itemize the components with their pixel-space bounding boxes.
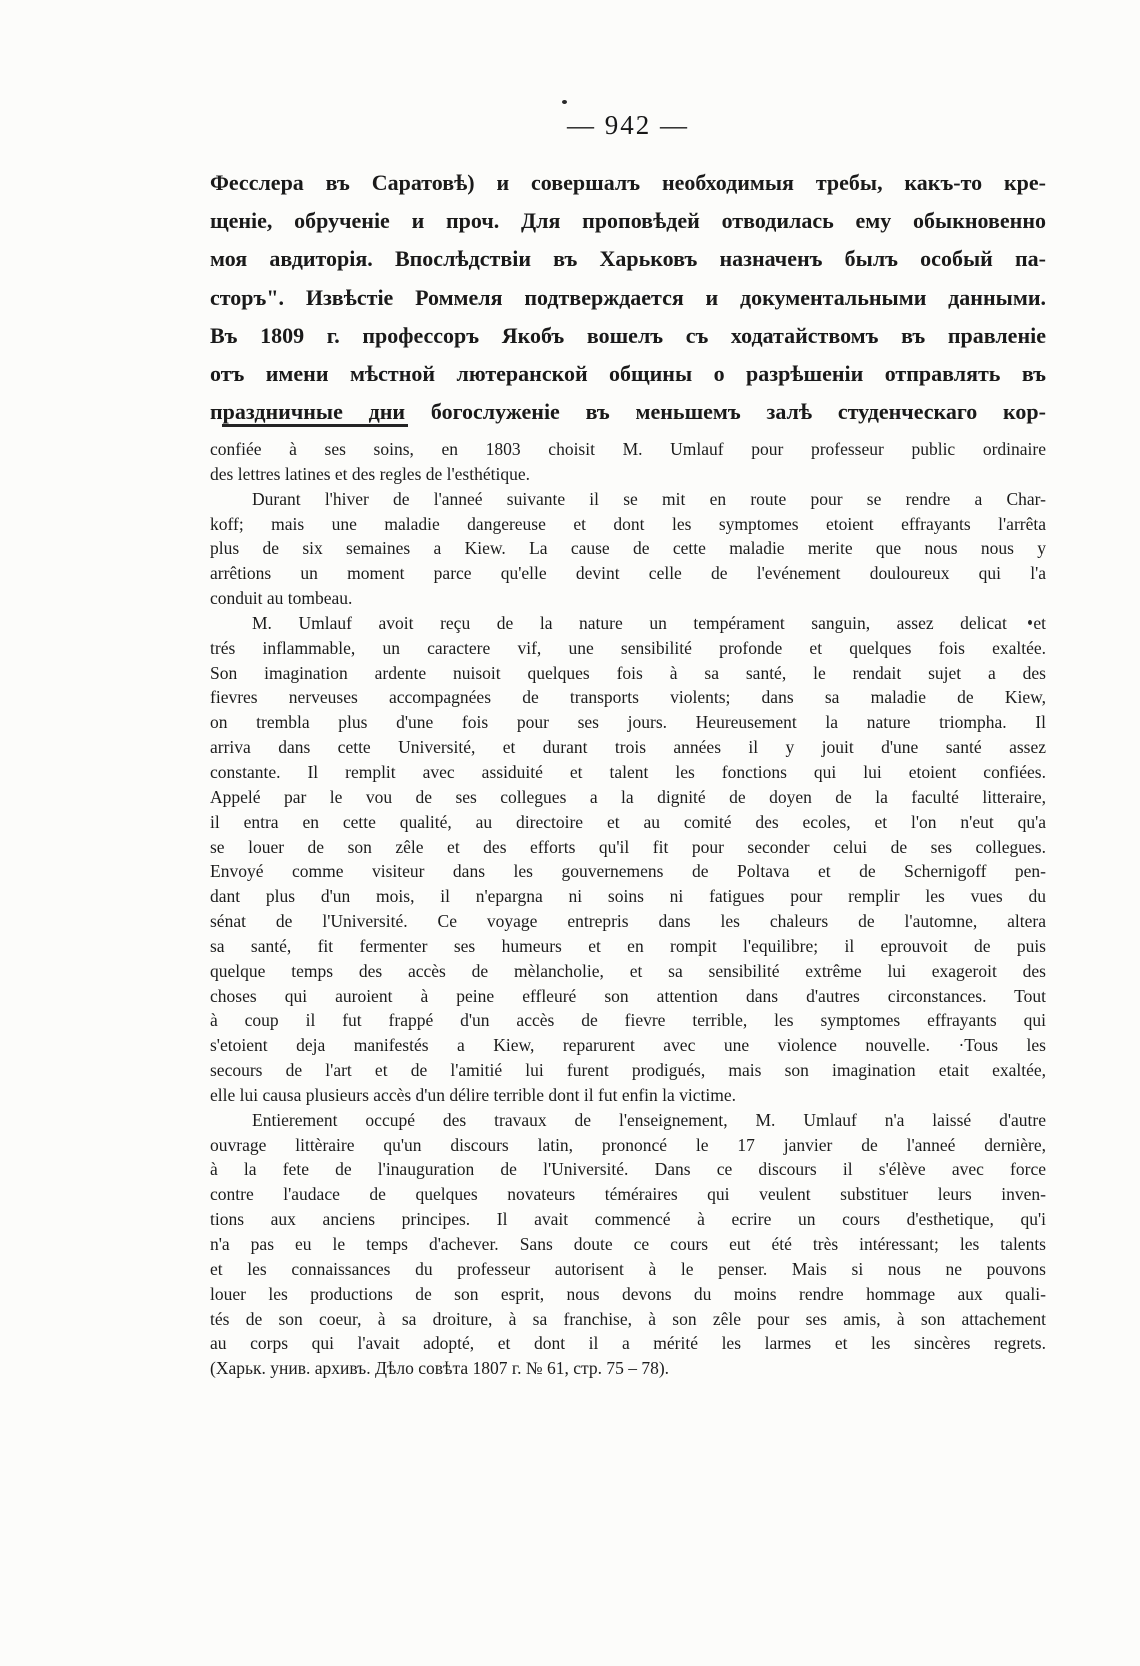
footnote-line: Appelé par le vou de ses collegues a la … <box>210 785 1046 810</box>
footnote-line: Envoyé comme visiteur dans les gouvernem… <box>210 859 1046 884</box>
footnote-line: sa santé, fit fermenter ses humeurs et e… <box>210 934 1046 959</box>
footnote-line: s'etoient deja manifestés a Kiew, reparu… <box>210 1033 1046 1058</box>
footnote-line: louer les productions de son esprit, nou… <box>210 1282 1046 1307</box>
footnote-line: Son imagination ardente nuisoit quelques… <box>210 661 1046 686</box>
footnote-line: trés inflammable, un caractere vif, une … <box>210 636 1046 661</box>
footnote-line: constante. Il remplit avec assiduité et … <box>210 760 1046 785</box>
footnote-line: conduit au tombeau. <box>210 586 1046 611</box>
footnote-line: arriva dans cette Université, et durant … <box>210 735 1046 760</box>
body-text-line: моя авдиторія. Впослѣдствіи въ Харьковъ … <box>210 240 1046 278</box>
footnote-line: koff; mais une maladie dangereuse et don… <box>210 512 1046 537</box>
footnote-line: il entra en cette qualité, au directoire… <box>210 810 1046 835</box>
footnote-line: plus de six semaines a Kiew. La cause de… <box>210 536 1046 561</box>
footnote-line: Entierement occupé des travaux de l'ense… <box>210 1108 1046 1133</box>
footnote-line: choses qui auroient à peine effleuré son… <box>210 984 1046 1009</box>
footnote-line: tés de son coeur, à sa droiture, à sa fr… <box>210 1307 1046 1332</box>
footnote-line: au corps qui l'avait adopté, et dont il … <box>210 1331 1046 1356</box>
footnote-line: contre l'audace de quelques novateurs té… <box>210 1182 1046 1207</box>
footnote-text-french: confiée à ses soins, en 1803 choisit M. … <box>210 437 1046 1381</box>
footnote-line: n'a pas eu le temps d'achever. Sans dout… <box>210 1232 1046 1257</box>
footnote-line: arrêtions un moment parce qu'elle devint… <box>210 561 1046 586</box>
footnote-line: à la fete de l'inauguration de l'Univers… <box>210 1157 1046 1182</box>
footnote-line: dant plus d'un mois, il n'epargna ni soi… <box>210 884 1046 909</box>
footnote-line: secours de l'art et de l'amitié lui fure… <box>210 1058 1046 1083</box>
footnote-line: elle lui causa plusieurs accès d'un déli… <box>210 1083 1046 1108</box>
body-text-line: отъ имени мѣстной лютеранской общины о р… <box>210 355 1046 393</box>
footnote-line: se louer de son zêle et des efforts qu'i… <box>210 835 1046 860</box>
body-text-line: щеніе, обрученіе и проч. Для проповѣдей … <box>210 202 1046 240</box>
body-text-line: Фесслера въ Саратовѣ) и совершалъ необхо… <box>210 164 1046 202</box>
footnote-line: ouvrage littèraire qu'un discours latin,… <box>210 1133 1046 1158</box>
footnote-line: et les connaissances du professeur autor… <box>210 1257 1046 1282</box>
body-text-russian: Фесслера въ Саратовѣ) и совершалъ необхо… <box>210 164 1046 431</box>
footnote-line: (Харьк. унив. архивъ. Дѣло совѣта 1807 г… <box>210 1356 1046 1381</box>
body-text-line: Въ 1809 г. профессоръ Якобъ вошелъ съ хо… <box>210 317 1046 355</box>
footnote-line: on trembla plus d'une fois pour ses jour… <box>210 710 1046 735</box>
footnote-line: tions aux anciens principes. Il avait co… <box>210 1207 1046 1232</box>
footnote-line: des lettres latines et des regles de l'e… <box>210 462 1046 487</box>
footnote-line: confiée à ses soins, en 1803 choisit M. … <box>210 437 1046 462</box>
ink-speck <box>562 100 567 104</box>
footnote-line: fievres nerveuses accompagnées de transp… <box>210 685 1046 710</box>
footnote-line: quelque temps des accès de mèlancholie, … <box>210 959 1046 984</box>
body-text-line: сторъ". Извѣстіе Роммеля подтверждается … <box>210 279 1046 317</box>
footnote-line: à coup il fut frappé d'un accès de fievr… <box>210 1008 1046 1033</box>
footnote-line: M. Umlauf avoit reçu de la nature un tem… <box>210 611 1046 636</box>
footnote-separator <box>222 424 408 427</box>
footnote-line: Durant l'hiver de l'anneé suivante il se… <box>210 487 1046 512</box>
footnote-line: sénat de l'Université. Ce voyage entrepr… <box>210 909 1046 934</box>
book-page: — 942 — Фесслера въ Саратовѣ) и совершал… <box>0 0 1140 1666</box>
page-number: — 942 — <box>210 110 1046 141</box>
